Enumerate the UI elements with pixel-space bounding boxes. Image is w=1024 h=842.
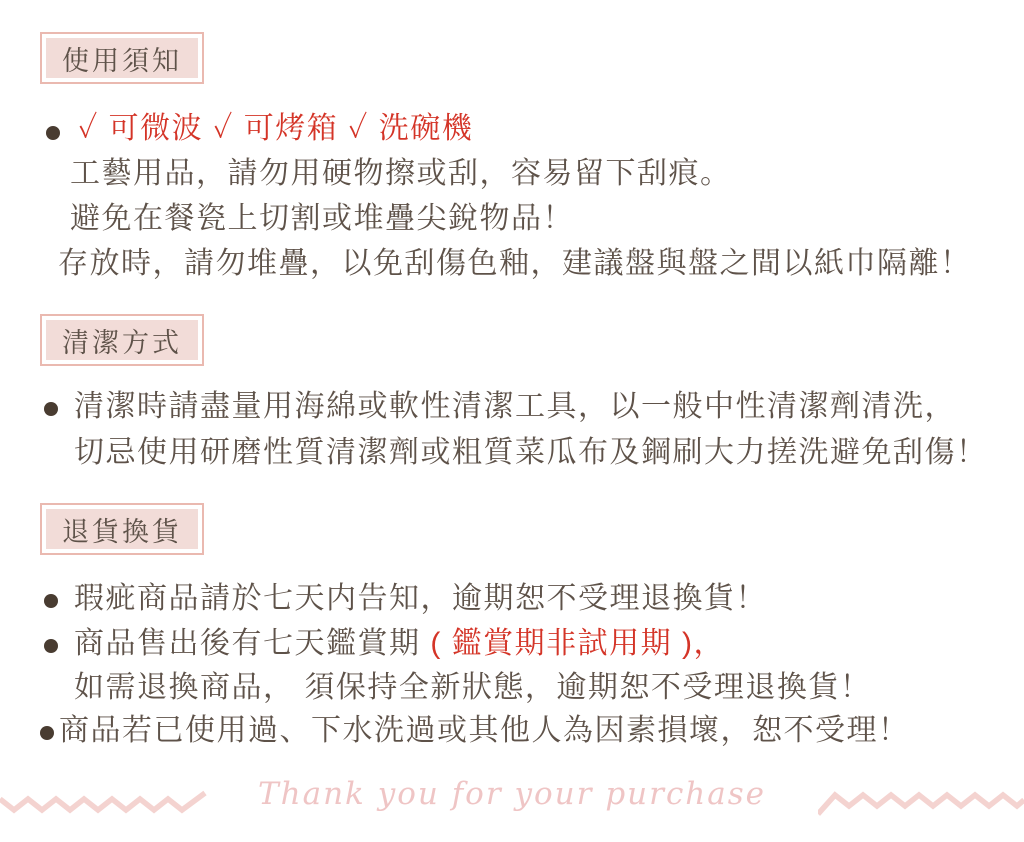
notice-line: 清潔時請盡量用海綿或軟性清潔工具，以一般中性清潔劑清洗，	[74, 388, 956, 426]
notice-text: 清潔時請盡量用海綿或軟性清潔工具，以一般中性清潔劑清洗，	[74, 390, 956, 423]
notice-line: 避免在餐瓷上切割或堆疊尖銳物品！	[70, 200, 574, 238]
notice-line: 瑕疵商品請於七天内告知，逾期恕不受理退換貨！	[74, 580, 767, 618]
safe-use-checkmarks-line: ✓ 可微波 ✓ 可烤箱 ✓ 洗碗機	[78, 110, 473, 148]
section-title-label: 退貨換貨	[62, 510, 182, 549]
notice-text: 商品若已使用過、下水洗過或其他人為因素損壞，恕不受理！	[59, 714, 910, 747]
notice-text: 切忌使用研磨性質清潔劑或粗質菜瓜布及鋼刷大力搓洗避免刮傷！	[74, 436, 988, 469]
bullet-dot	[44, 639, 58, 653]
section-title-label: 使用須知	[62, 39, 182, 78]
bullet-dot	[44, 402, 58, 416]
zigzag-right-icon	[818, 787, 1024, 819]
notice-line: 存放時，請勿堆疊，以免刮傷色釉，建議盤與盤之間以紙巾隔離！	[58, 245, 972, 283]
section-title-usage-notice: 使用須知	[40, 32, 204, 84]
notice-text: 如需退換商品， 須保持全新狀態，逾期恕不受理退換貨！	[74, 671, 871, 704]
bullet-dot	[44, 594, 58, 608]
bullet-dot	[46, 126, 60, 140]
section-title-label: 清潔方式	[62, 321, 182, 360]
notice-text: 避免在餐瓷上切割或堆疊尖銳物品！	[70, 202, 574, 235]
notice-line: 商品售出後有七天鑑賞期 ( 鑑賞期非試用期 )，	[74, 625, 725, 663]
bullet-dot	[40, 726, 54, 740]
notice-line: 如需退換商品， 須保持全新狀態，逾期恕不受理退換貨！	[74, 669, 871, 707]
thanks-text: Thank you for your purchase	[258, 776, 766, 812]
notice-text: 商品售出後有七天鑑賞期	[74, 627, 421, 660]
notice-text-red: ( 鑑賞期非試用期 )，	[421, 627, 726, 660]
notice-line: 切忌使用研磨性質清潔劑或粗質菜瓜布及鋼刷大力搓洗避免刮傷！	[74, 434, 988, 472]
section-title-cleaning: 清潔方式	[40, 314, 204, 366]
notice-line: 商品若已使用過、下水洗過或其他人為因素損壞，恕不受理！	[59, 712, 910, 750]
notice-text: 瑕疵商品請於七天内告知，逾期恕不受理退換貨！	[74, 582, 767, 615]
notice-line: 工藝用品，請勿用硬物擦或刮，容易留下刮痕。	[70, 155, 732, 193]
section-title-returns: 退貨換貨	[40, 503, 204, 555]
checkmark-features-text: ✓ 可微波 ✓ 可烤箱 ✓ 洗碗機	[78, 112, 473, 145]
notice-text: 工藝用品，請勿用硬物擦或刮，容易留下刮痕。	[70, 157, 732, 190]
notice-text: 存放時，請勿堆疊，以免刮傷色釉，建議盤與盤之間以紙巾隔離！	[58, 247, 972, 280]
